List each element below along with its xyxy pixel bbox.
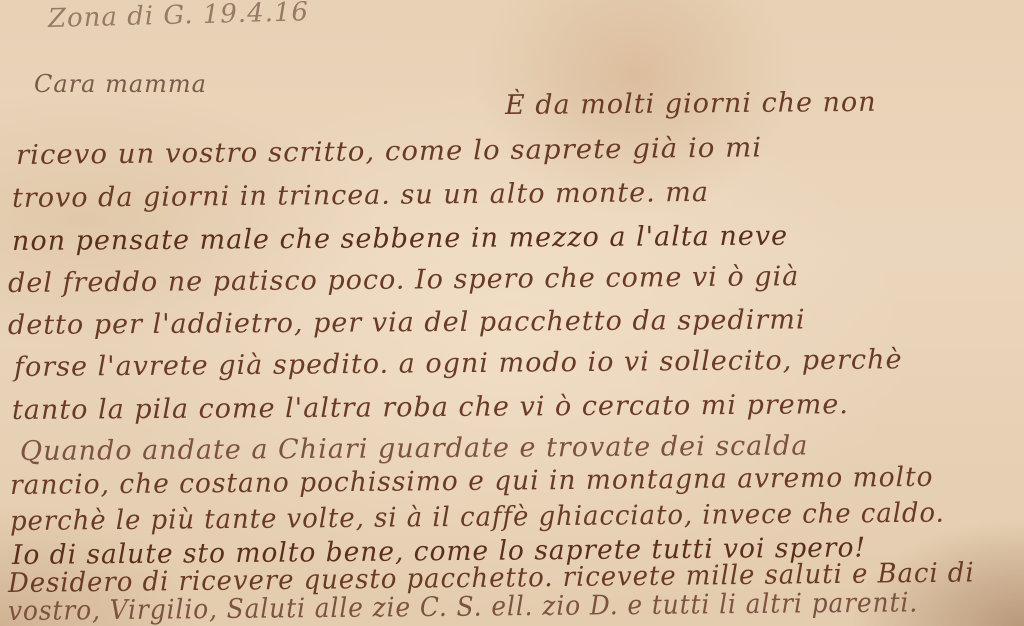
letter-line-11: perchè le più tante volte, si à il caffè… [10,498,945,537]
letter-line-1: È da molti giorni che non [505,87,877,121]
letter-line-9: Quando andate a Chiari guardate e trovat… [20,430,809,467]
letter-line-3: trovo da giorni in trincea. su un alto m… [12,177,709,214]
letter-line-6: detto per l'addietro, per via del pacche… [8,304,806,341]
letter-line-8: tanto la pila come l'altra roba che vi ò… [12,389,849,426]
greeting: Cara mamma [34,70,207,98]
letter-line-5: del freddo ne patisco poco. Io spero che… [8,261,800,299]
letter-line-7: forse l'avrete già spedito. a ogni modo … [14,344,903,383]
letter-line-4: non pensate male che sebbene in mezzo a … [12,221,788,257]
letter-line-10: rancio, che costano pochissimo e qui in … [10,462,934,501]
postcard: Zona di G. 19.4.16 Cara mamma È da molti… [0,0,1024,626]
date-header: Zona di G. 19.4.16 [48,0,310,34]
letter-line-2: ricevo un vostro scritto, come lo sapret… [16,132,762,171]
